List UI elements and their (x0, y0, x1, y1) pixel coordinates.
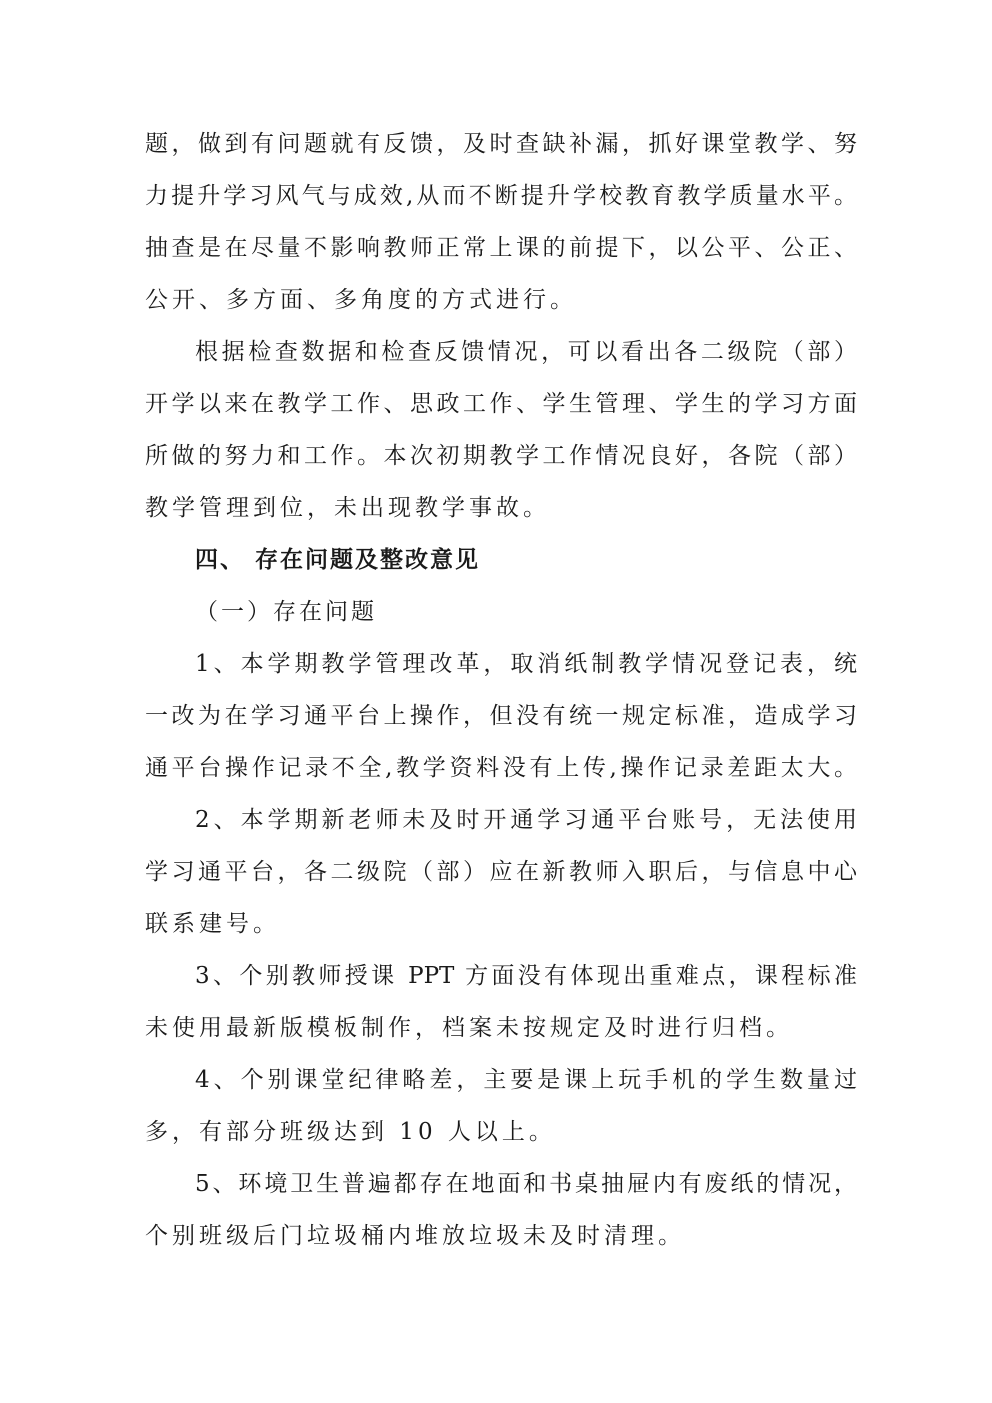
text-line: 个别班级后门垃圾桶内堆放垃圾未及时清理。 (145, 1210, 857, 1262)
text-line: 2、本学期新老师未及时开通学习通平台账号，无法使用 (145, 794, 857, 846)
text-line: 3、个别教师授课 PPT 方面没有体现出重难点，课程标准 (145, 950, 857, 1002)
document-page: 题，做到有问题就有反馈，及时查缺补漏，抓好课堂教学、努 力提升学习风气与成效,从… (145, 118, 857, 1262)
text-line: 联系建号。 (145, 898, 857, 950)
text-line: 5、环境卫生普遍都存在地面和书桌抽屉内有废纸的情况， (145, 1158, 857, 1210)
text-line: 未使用最新版模板制作，档案未按规定及时进行归档。 (145, 1002, 857, 1054)
text-line: 学习通平台，各二级院（部）应在新教师入职后，与信息中心 (145, 846, 857, 898)
text-line: 1、本学期教学管理改革，取消纸制教学情况登记表，统 (145, 638, 857, 690)
text-line: 4、个别课堂纪律略差，主要是课上玩手机的学生数量过 (145, 1054, 857, 1106)
text-line: 教学管理到位，未出现教学事故。 (145, 482, 857, 534)
issue-item-5: 5、环境卫生普遍都存在地面和书桌抽屉内有废纸的情况， 个别班级后门垃圾桶内堆放垃… (145, 1158, 857, 1262)
text-line: 抽查是在尽量不影响教师正常上课的前提下，以公平、公正、 (145, 222, 857, 274)
paragraph-summary: 根据检查数据和检查反馈情况，可以看出各二级院（部） 开学以来在教学工作、思政工作… (145, 326, 857, 534)
text-line: 题，做到有问题就有反馈，及时查缺补漏，抓好课堂教学、努 (145, 118, 857, 170)
text-line: 多，有部分班级达到 10 人以上。 (145, 1106, 857, 1158)
issue-item-4: 4、个别课堂纪律略差，主要是课上玩手机的学生数量过 多，有部分班级达到 10 人… (145, 1054, 857, 1158)
text-line: 所做的努力和工作。本次初期教学工作情况良好，各院（部） (145, 430, 857, 482)
subsection-heading: （一）存在问题 (145, 586, 857, 638)
text-line: 根据检查数据和检查反馈情况，可以看出各二级院（部） (145, 326, 857, 378)
text-line: 力提升学习风气与成效,从而不断提升学校教育教学质量水平。 (145, 170, 857, 222)
text-line: 公开、多方面、多角度的方式进行。 (145, 274, 857, 326)
text-line: 一改为在学习通平台上操作，但没有统一规定标准，造成学习 (145, 690, 857, 742)
text-line: 通平台操作记录不全,教学资料没有上传,操作记录差距太大。 (145, 742, 857, 794)
issue-item-2: 2、本学期新老师未及时开通学习通平台账号，无法使用 学习通平台，各二级院（部）应… (145, 794, 857, 950)
paragraph-intro: 题，做到有问题就有反馈，及时查缺补漏，抓好课堂教学、努 力提升学习风气与成效,从… (145, 118, 857, 326)
issue-item-3: 3、个别教师授课 PPT 方面没有体现出重难点，课程标准 未使用最新版模板制作，… (145, 950, 857, 1054)
text-line: 开学以来在教学工作、思政工作、学生管理、学生的学习方面 (145, 378, 857, 430)
issue-item-1: 1、本学期教学管理改革，取消纸制教学情况登记表，统 一改为在学习通平台上操作，但… (145, 638, 857, 794)
section-heading: 四、 存在问题及整改意见 (145, 534, 857, 586)
